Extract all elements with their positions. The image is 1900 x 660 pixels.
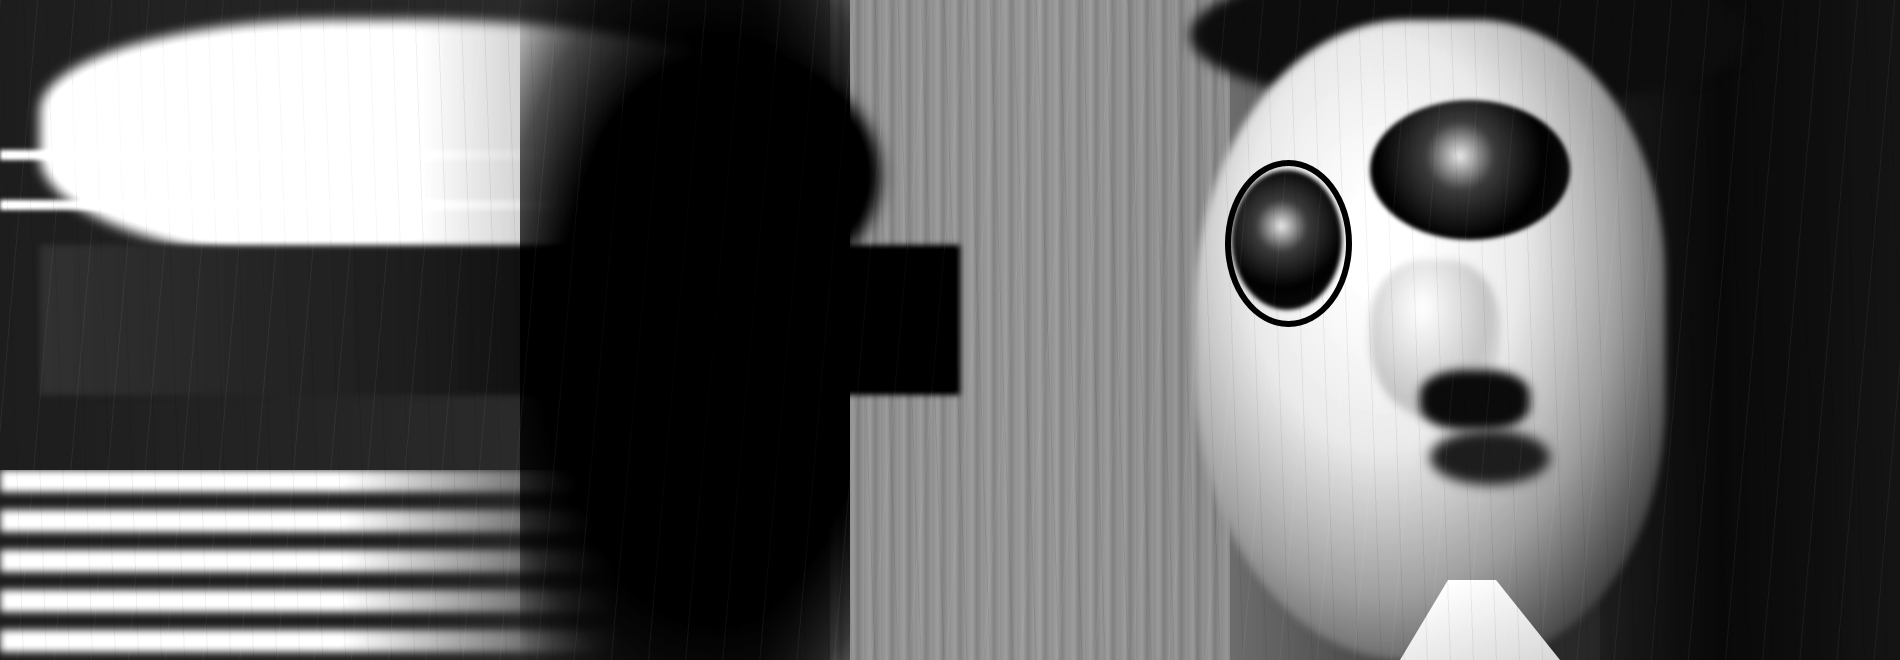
right-eye <box>1370 100 1570 240</box>
light-streak <box>0 150 600 160</box>
mustache <box>1420 370 1530 430</box>
mouth <box>1430 430 1550 485</box>
glasses-lens <box>1225 160 1352 327</box>
photograph <box>0 0 1900 660</box>
dark-silhouette-top <box>600 60 880 290</box>
